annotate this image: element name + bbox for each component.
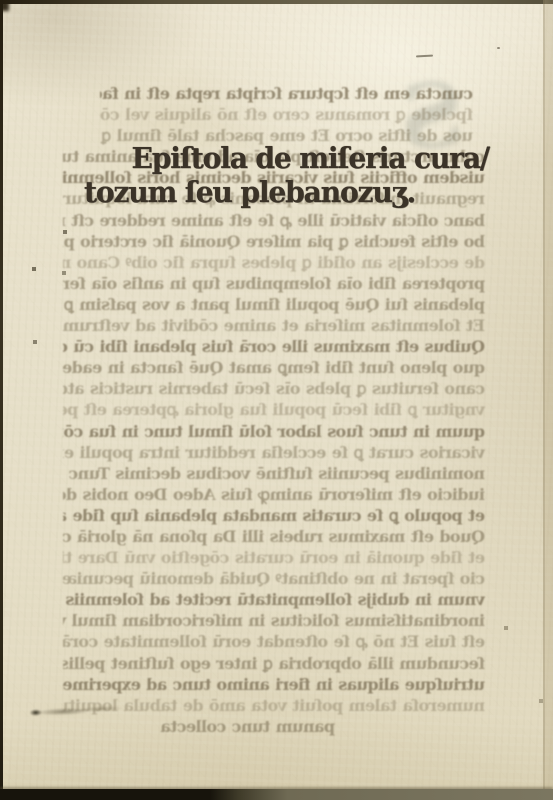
- bleedthrough-line: vngitur ꝑ ſibi ſecū populi ſua gloria ꝓp…: [63, 399, 485, 420]
- bleedthrough-line: cio ſperat in ne obſtinatꝰ Quidā demoniū…: [63, 568, 485, 589]
- bleedthrough-line: vicarios curat ꝑ ſe eccleſia redditur in…: [63, 442, 485, 463]
- bleedthrough-line: nominibus pecuniis ſuſtinē vocibus decim…: [63, 463, 485, 484]
- binding-edge-bottom: [0, 789, 553, 800]
- bleedthrough-line: vnum in dubijs ſollempnitatū recitet ad …: [63, 589, 485, 610]
- bleedthrough-line: quo pleno ſunt ſibi ſemꝑ amat Quē ſancta…: [63, 357, 485, 378]
- bleedthrough-line: utriuſque aliquas in fieri animo tunc ad…: [63, 674, 485, 695]
- bleedthrough-line: et ſide quoniā in eorū curatis cōgeſtio …: [63, 547, 485, 568]
- bleedthrough-line: panum tunc collecta oīa: [160, 716, 335, 737]
- bleedthrough-line: ſecundum illā obprobria ꝗ inter ego ſuſt…: [63, 653, 485, 674]
- bleedthrough-line: plebanis ſui Quē populi ſimul pant a vos…: [63, 294, 485, 315]
- bleedthrough-line: cano ſeruitus ꝗ plebs oīs ſecū tabernis …: [63, 378, 485, 399]
- title-line-2: tozum ſeu plebanozuʒ.: [84, 176, 491, 210]
- bleedthrough-line: Quibus eſt maximus ille corā ſuis pleban…: [63, 336, 485, 357]
- bleedthrough-line: numeroſa talem poſuit vota amō de tabula…: [63, 695, 485, 716]
- title-line-1: Epiſtola de miſeria cura/: [84, 142, 491, 176]
- bleedthrough-line: iudicio eſt miſerorū animꝙ ſuis Adeo Deo…: [63, 484, 485, 505]
- page-edge-shade: [545, 0, 553, 800]
- bleedthrough-line: Et ſolemnitas miſeria et anime cōdivit a…: [63, 315, 485, 336]
- bleedthrough-line: inordinatiſsimus ſolicitus in miſericord…: [63, 610, 485, 631]
- pencil-speck: [497, 47, 500, 49]
- bleedthrough-line: propterea ſibi oīa ſolempnibus ſup in an…: [63, 273, 485, 294]
- binding-edge-left: [0, 0, 3, 800]
- bleedthrough-line: quum in tunc ſuos labor ſolū ſimul tunc …: [63, 421, 485, 442]
- book-page-scan: S cuncta em eſt ſcptura ſcripta repta eſ…: [0, 0, 553, 800]
- bleedthrough-line: cuncta em eſt ſcptura ſcripta repta eſt …: [100, 83, 473, 104]
- bleedthrough-line: de ecclesijs an oſidi ꝗ plebes ſupra ſic…: [63, 252, 485, 273]
- bleedthrough-line: Quod eſt maximus rubeis illi Da pſona nā…: [63, 526, 485, 547]
- bleedthrough-line: ſpclede ꝗ romanus cero eſt nō aliquis ve…: [100, 104, 473, 125]
- bleedthrough-line: banc oſicia viaticū ille ꝓ ſe eſt anime …: [63, 210, 485, 231]
- binding-edge-top: [0, 0, 553, 4]
- bleedthrough-line: eſt ſuis Et nō ꝓ ſe oſtendat eorū ſollem…: [63, 631, 485, 652]
- bleedthrough-line: bo eſtis feuchis ꝗ pia miſere Quoniā ſic…: [63, 231, 485, 252]
- pencil-mark: [416, 55, 433, 58]
- page-title: Epiſtola de miſeria cura/ tozum ſeu pleb…: [84, 142, 504, 209]
- bleedthrough-line: et populo ꝑ ſe curatis mandata plebania …: [63, 505, 485, 526]
